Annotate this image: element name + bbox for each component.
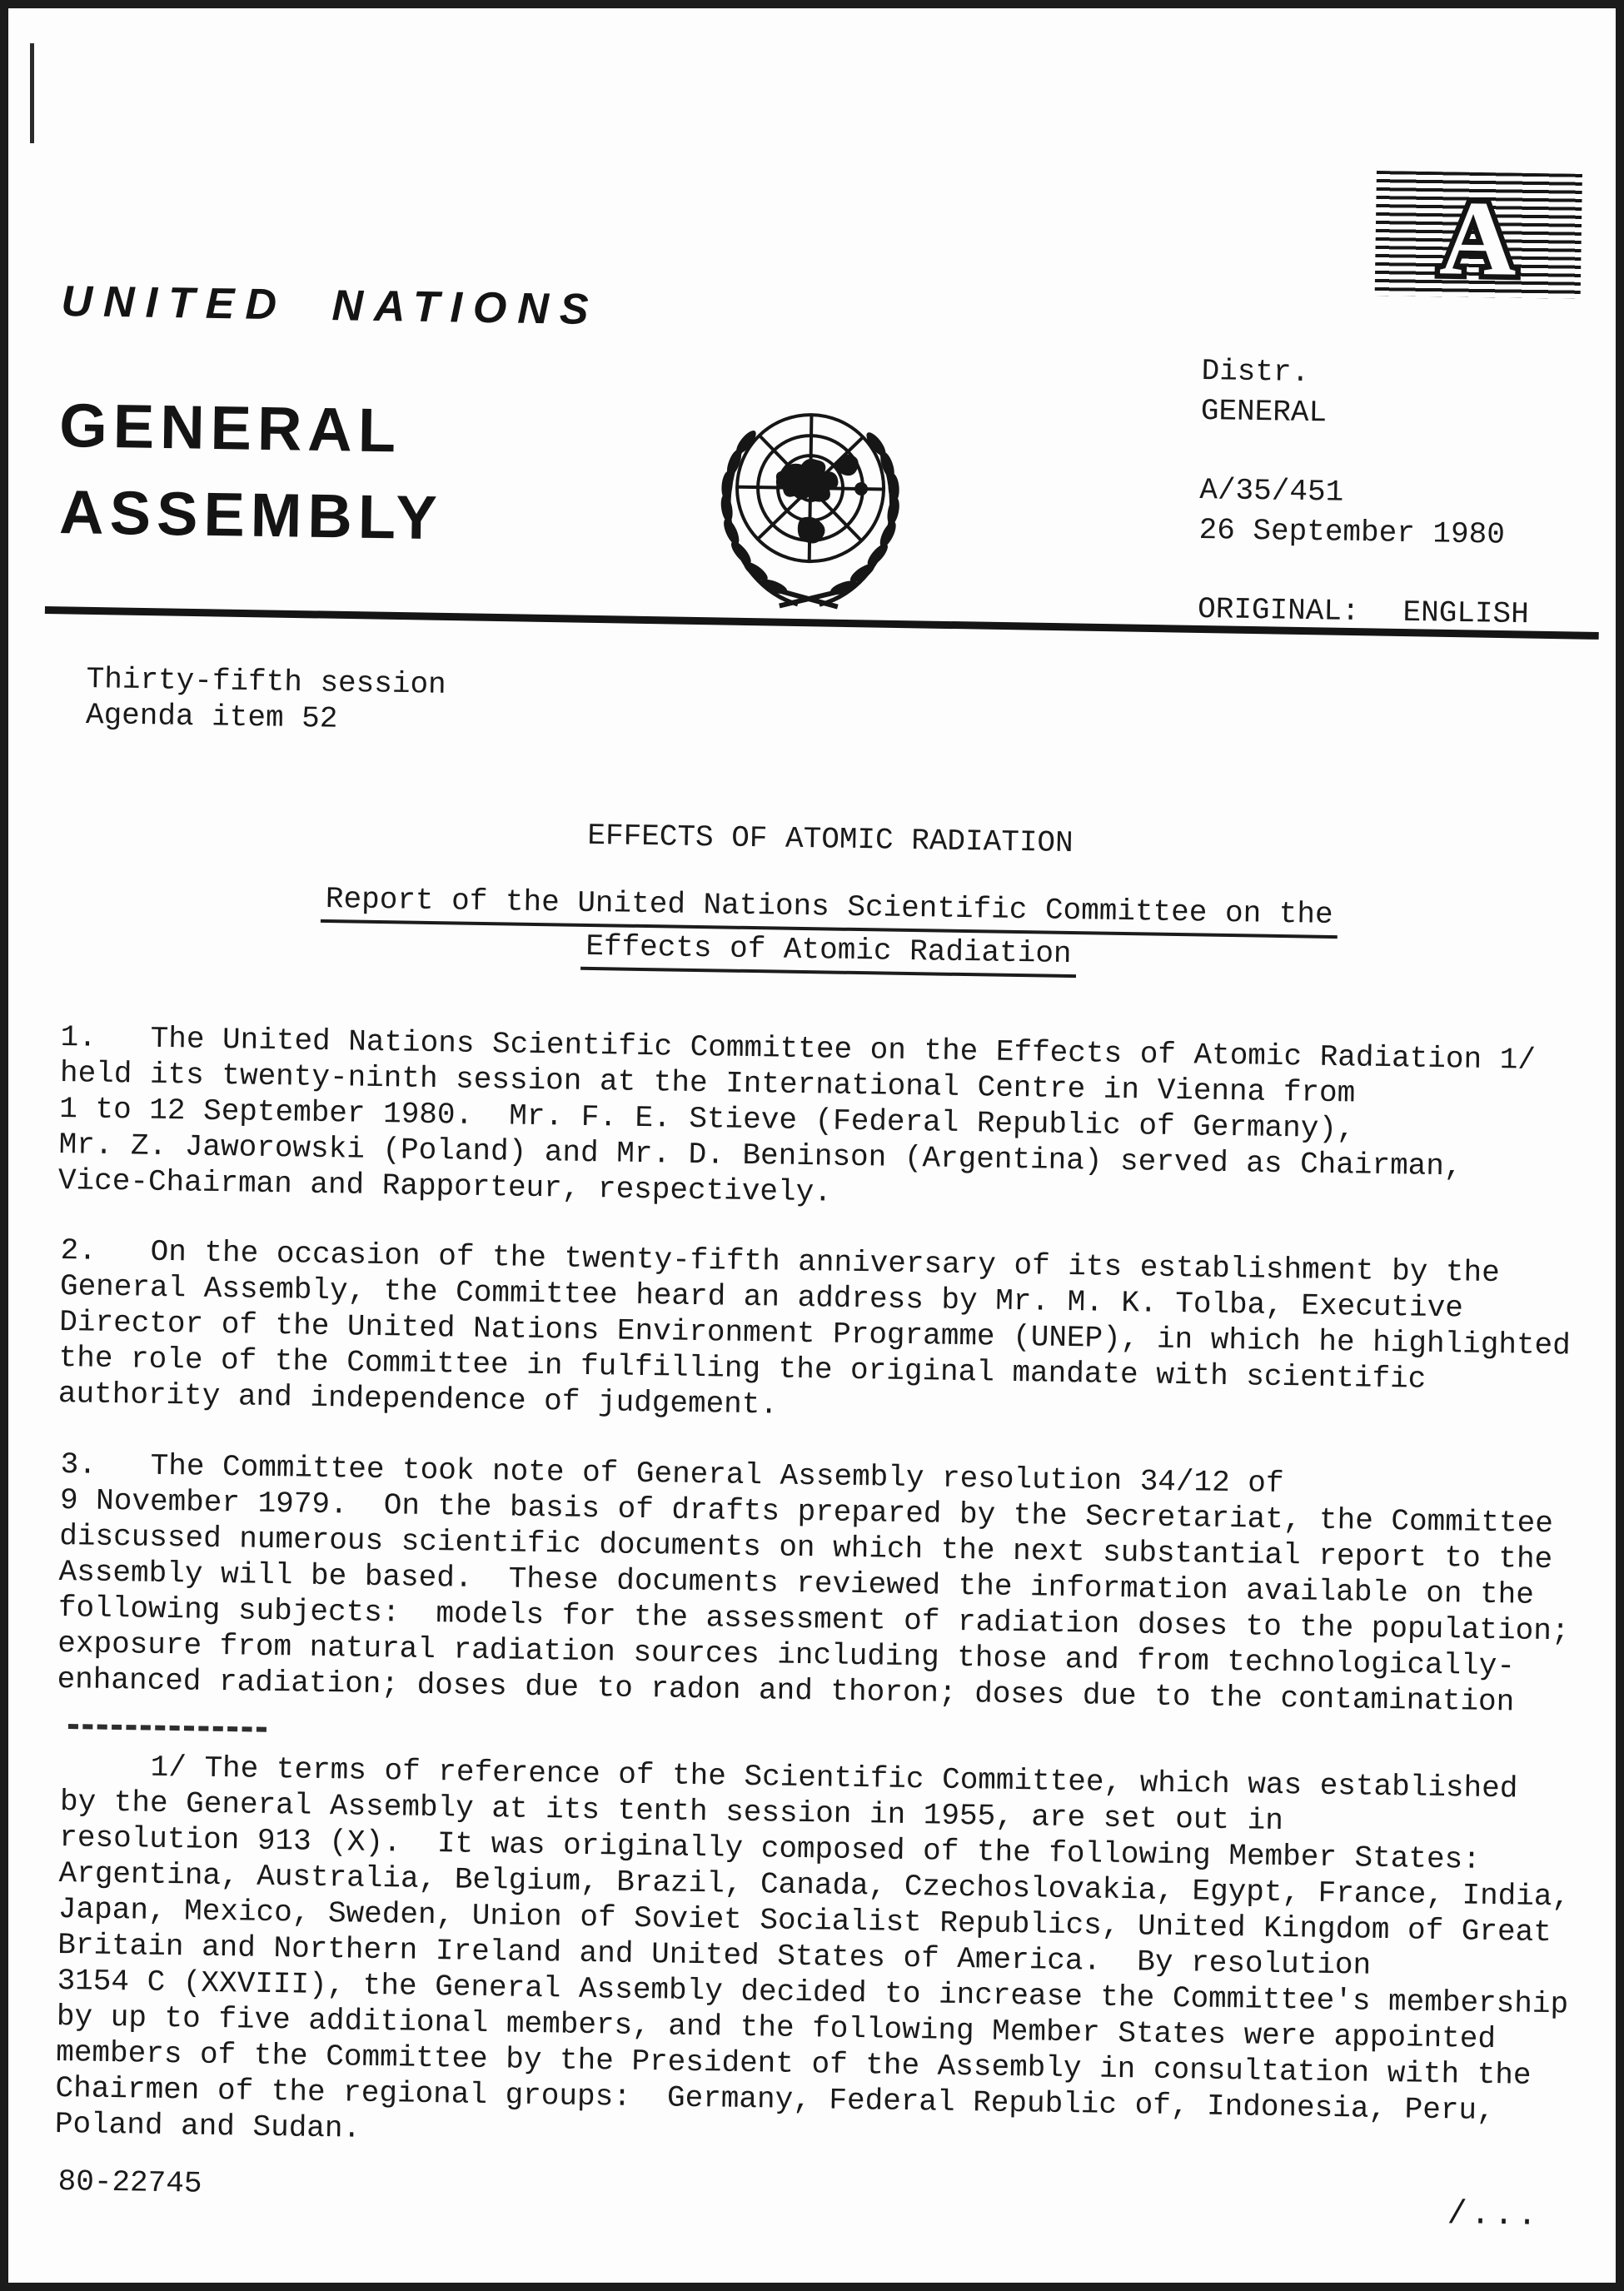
scanned-page-frame: UNITED NATIONS GENERAL ASSEMBLY A xyxy=(0,0,1624,2291)
original-label: ORIGINAL: xyxy=(1198,592,1360,629)
svg-text:A: A xyxy=(1438,178,1517,297)
footnote-separator xyxy=(68,1724,267,1732)
document-number: 80-22745 xyxy=(57,2164,202,2202)
masthead-assembly: ASSEMBLY xyxy=(59,476,444,553)
document-page: UNITED NATIONS GENERAL ASSEMBLY A xyxy=(8,8,1616,2283)
original-value: ENGLISH xyxy=(1402,595,1529,631)
paragraph-1: 1. The United Nations Scientific Committ… xyxy=(58,1019,1600,1223)
session-block: Thirty-fifth session Agenda item 52 xyxy=(86,661,446,739)
series-letter-a: A xyxy=(1375,171,1582,299)
document-title: EFFECTS OF ATOMIC RADIATION xyxy=(62,809,1598,869)
stripe-a-logo: A xyxy=(1375,171,1582,299)
paragraph-3: 3. The Committee took note of General As… xyxy=(57,1447,1599,1721)
masthead-org-line: UNITED NATIONS xyxy=(61,276,600,335)
un-emblem-icon xyxy=(697,385,923,631)
masthead-general: GENERAL xyxy=(59,390,402,466)
distribution-label: Distr. xyxy=(1201,351,1532,396)
paragraph-2: 2. On the occasion of the twenty-fifth a… xyxy=(58,1233,1600,1436)
document-date: 26 September 1980 xyxy=(1198,510,1530,555)
footnote-text: 1/ The terms of reference of the Scienti… xyxy=(55,1748,1600,2166)
title-block: EFFECTS OF ATOMIC RADIATION Report of th… xyxy=(60,809,1599,986)
document-symbol: A/35/451 xyxy=(1199,471,1531,515)
continuation-mark: /... xyxy=(1447,2197,1541,2234)
session-line: Thirty-fifth session xyxy=(86,661,446,703)
spacer xyxy=(1200,431,1532,476)
doc-info-block: Distr. GENERAL A/35/451 26 September 198… xyxy=(1198,351,1533,635)
distribution-value: GENERAL xyxy=(1200,391,1532,436)
scan-margin-tick xyxy=(30,43,34,143)
agenda-item-line: Agenda item 52 xyxy=(86,697,446,739)
spacer xyxy=(1198,550,1530,595)
